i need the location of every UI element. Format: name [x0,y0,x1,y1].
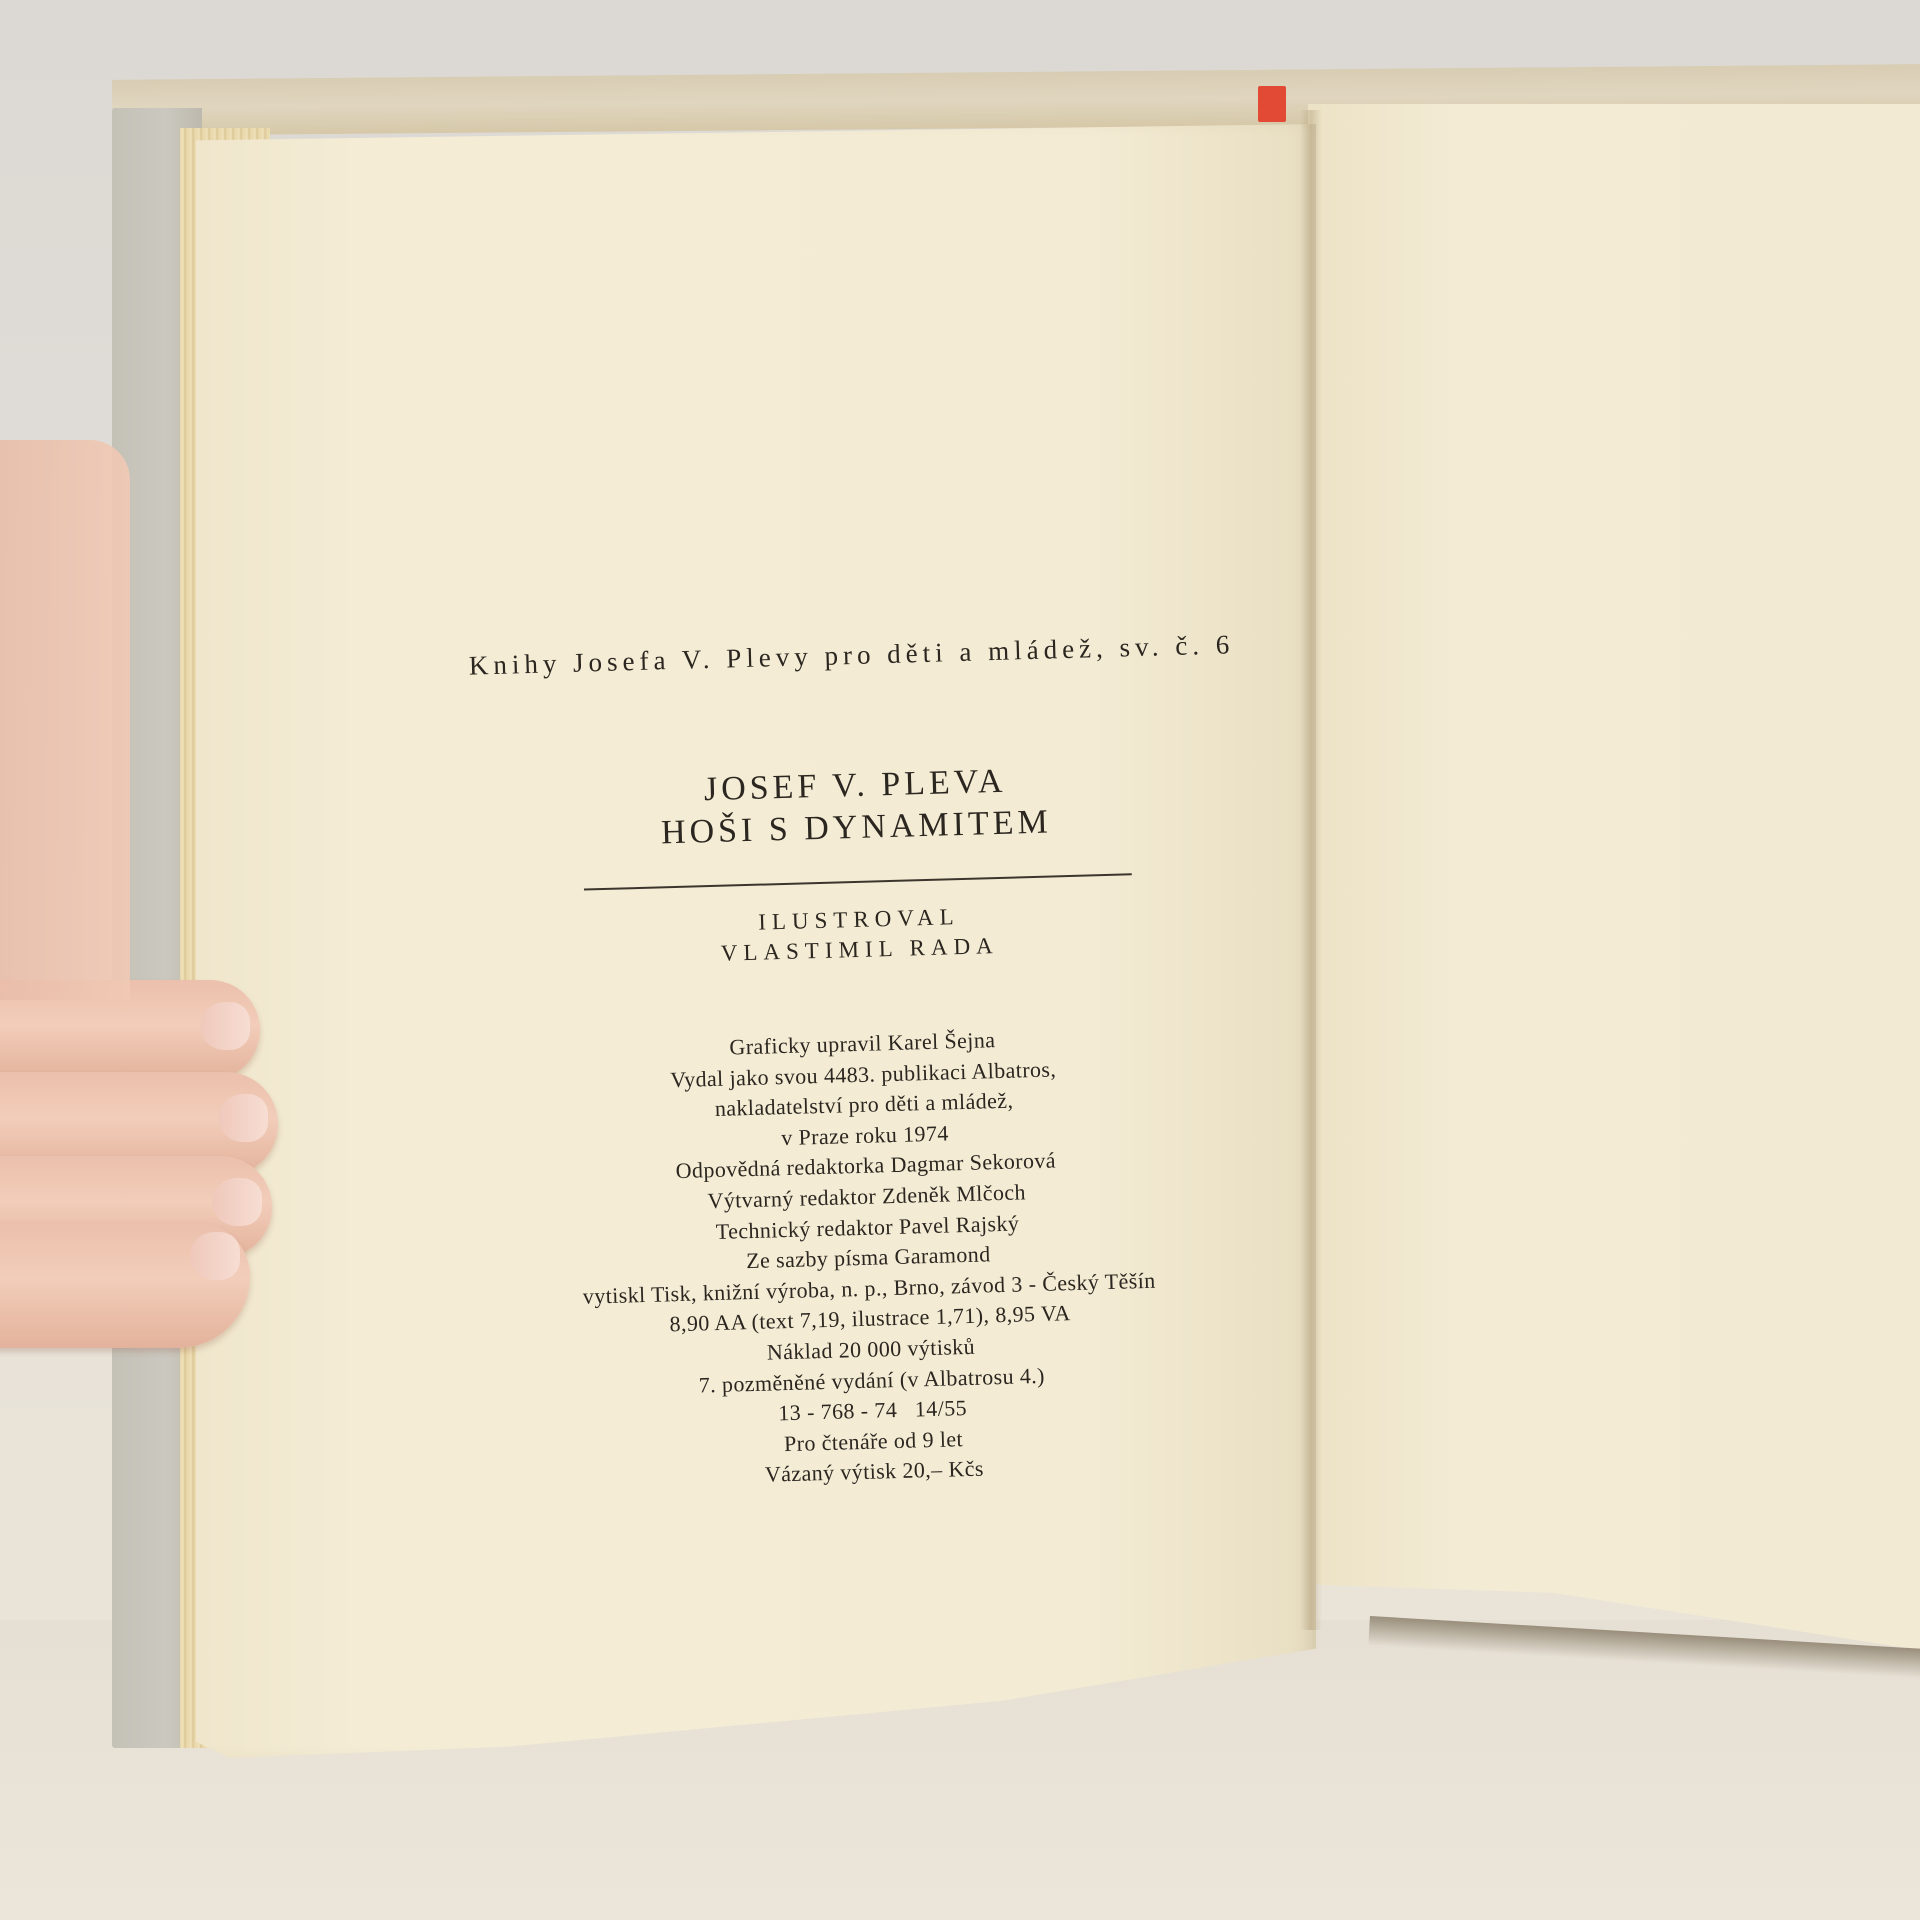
fingernail [218,1094,268,1142]
page-right[interactable] [1308,104,1920,1650]
imprint-block: Graficky upravil Karel Šejna Vydal jako … [412,1016,1324,1500]
fingernail [200,1002,250,1050]
bookmark-ribbon [1258,86,1286,122]
divider-rule [584,873,1132,890]
hand-back [0,440,130,1000]
fingernail [190,1232,240,1280]
series-line: Knihy Josefa V. Plevy pro děti a mládež,… [401,627,1302,683]
imprint-page-content: Knihy Josefa V. Plevy pro děti a mládež,… [400,587,1324,1500]
fingernail [212,1178,262,1226]
hand-holding-book [0,960,300,1520]
finger [0,1222,250,1348]
